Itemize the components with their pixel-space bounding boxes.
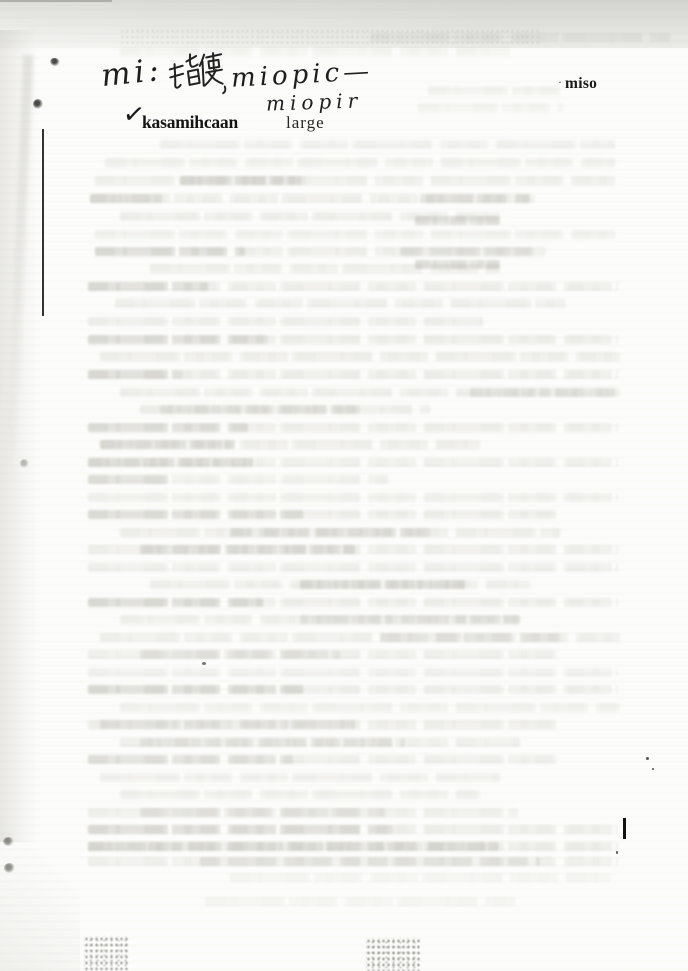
handwritten-word-miopir: miopir — [266, 88, 363, 115]
illegible-text-line — [88, 335, 268, 344]
illegible-text-line — [418, 103, 563, 112]
ink-speck — [652, 768, 654, 770]
guide-word: ·miso — [558, 75, 597, 93]
illegible-text-line — [88, 510, 303, 519]
illegible-text-line — [95, 176, 615, 185]
illegible-text-line — [230, 873, 610, 882]
illegible-text-line — [88, 475, 168, 484]
smudge-patch — [366, 938, 420, 971]
guide-word-miso: miso — [565, 75, 597, 92]
illegible-text-line — [88, 598, 263, 607]
binding-hole — [3, 837, 14, 846]
illegible-text-line — [88, 563, 618, 572]
illegible-text-line — [100, 773, 500, 782]
illegible-text-line — [140, 808, 385, 817]
illegible-text-line — [180, 176, 305, 185]
illegible-text-line — [88, 842, 498, 851]
illegible-text-line — [300, 615, 520, 624]
printed-gloss-large: large — [286, 113, 325, 133]
handwritten-cjk-characters — [167, 47, 227, 98]
illegible-text-line — [200, 857, 540, 866]
scanned-page: mi: 指使, miopic— miopir — [0, 0, 688, 971]
illegible-text-line — [140, 738, 405, 747]
illegible-text-line — [120, 703, 620, 712]
illegible-text-line — [230, 528, 430, 537]
illegible-text-line — [95, 247, 245, 256]
illegible-text-line — [415, 216, 500, 225]
illegible-text-line — [140, 650, 340, 659]
ink-speck — [202, 662, 206, 665]
illegible-text-line — [100, 720, 355, 729]
binding-hole — [20, 459, 29, 468]
ink-dash-mark — [623, 818, 626, 839]
illegible-text-line — [428, 86, 563, 95]
illegible-text-line — [380, 633, 560, 642]
illegible-text-line — [88, 423, 248, 432]
smudge-patch — [84, 936, 130, 970]
illegible-text-line — [95, 230, 615, 239]
illegible-text-line — [88, 458, 253, 467]
illegible-text-line — [160, 140, 615, 149]
faded-print-text — [0, 0, 688, 971]
illegible-text-line — [88, 317, 483, 326]
illegible-text-line — [88, 685, 303, 694]
illegible-text-line — [140, 545, 355, 554]
illegible-text-line — [420, 194, 530, 203]
handwritten-word-mi: mi: — [99, 52, 164, 94]
illegible-text-line — [88, 370, 183, 379]
illegible-text-line — [88, 493, 618, 502]
illegible-text-line — [88, 825, 393, 834]
guide-word-dot: · — [558, 75, 562, 89]
ink-speck — [646, 757, 649, 760]
illegible-text-line — [100, 352, 620, 361]
illegible-text-line — [90, 194, 162, 203]
illegible-text-line — [88, 282, 208, 291]
illegible-text-line — [88, 668, 618, 677]
illegible-text-line — [120, 790, 480, 799]
binding-hole — [33, 99, 43, 109]
illegible-text-line — [100, 440, 235, 449]
illegible-text-line — [150, 264, 500, 273]
illegible-text-line — [300, 580, 465, 589]
illegible-text-line — [105, 158, 615, 167]
margin-ink-line — [42, 129, 44, 316]
illegible-text-line — [400, 247, 540, 256]
illegible-text-line — [470, 388, 615, 397]
illegible-text-line — [205, 897, 515, 906]
smudge-band-top — [120, 28, 540, 44]
ink-speck — [616, 851, 618, 854]
illegible-text-line — [115, 299, 565, 308]
printed-headword: kasamihcaan — [142, 112, 238, 133]
illegible-text-line — [160, 405, 360, 414]
illegible-text-line — [88, 755, 293, 764]
binding-hole — [4, 863, 15, 873]
